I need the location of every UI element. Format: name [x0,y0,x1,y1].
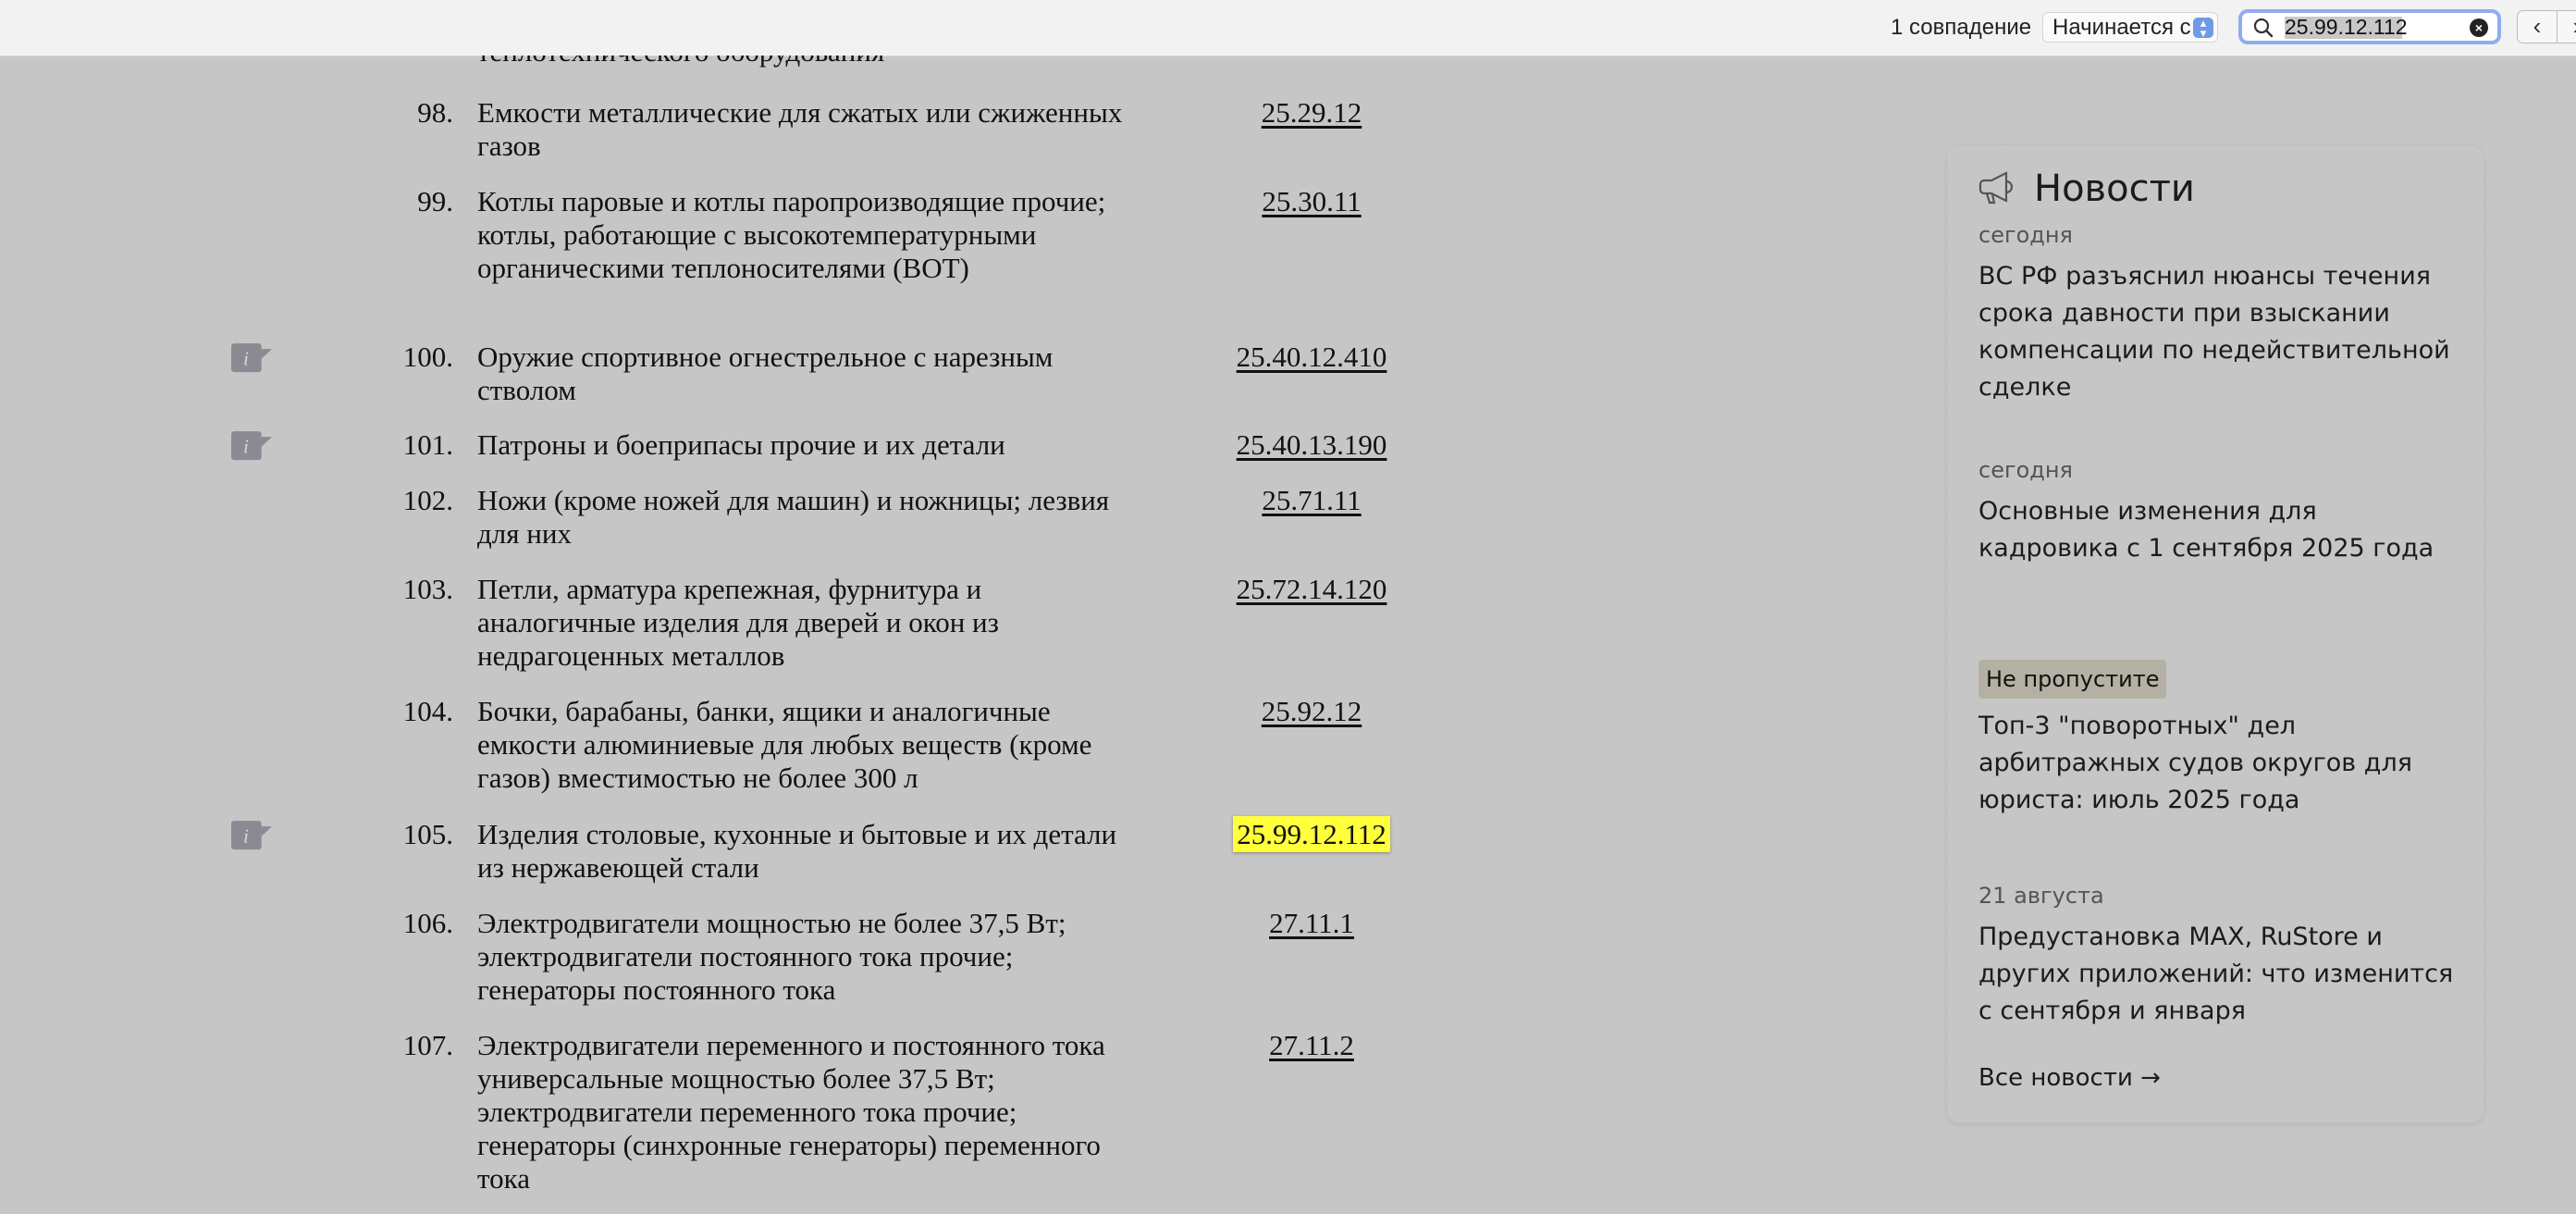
match-mode-select[interactable]: Начинается с ▴▾ [2042,12,2218,43]
find-input[interactable] [2285,15,2451,39]
row-name: Электродвигатели мощностью не более 37,5… [477,907,1125,1007]
row-name: Оружие спортивное огнестрельное с нарезн… [477,341,1125,407]
code-link[interactable]: 27.11.2 [1269,1029,1354,1061]
match-mode-value: Начинается с [2052,15,2191,40]
news-headline[interactable]: Топ-3 "поворотных" дел арбитражных судов… [1978,708,2459,819]
info-icon[interactable]: i [231,816,272,855]
row-number: 100. [403,341,453,374]
code-link[interactable]: 25.40.13.190 [1237,428,1387,461]
match-count: 1 совпадение [1891,12,2031,43]
code-link[interactable]: 25.30.11 [1262,185,1361,217]
news-date: сегодня [1978,456,2459,484]
row-number: 104. [403,695,453,728]
news-item[interactable]: 21 августаПредустановка MAX, RuStore и д… [1978,882,2459,1030]
row-number: 105. [403,818,453,851]
megaphone-icon [1978,171,2019,208]
row-name: Петли, арматура крепежная, фурнитура и а… [477,573,1125,673]
svg-text:i: i [243,348,249,370]
row-name: Электродвигатели переменного и постоянно… [477,1029,1125,1195]
info-icon[interactable]: i [231,339,272,378]
news-title: Новости [2034,166,2195,212]
highlighted-code-link[interactable]: 25.99.12.112 [1233,816,1390,852]
row-code: 25.92.12 [1219,695,1404,728]
row-code: 27.11.1 [1219,907,1404,940]
row-code: 25.72.14.120 [1219,573,1404,606]
partial-line: теплотехнического оборудования [477,56,884,68]
news-date: сегодня [1978,221,2459,249]
svg-text:i: i [243,436,249,458]
code-link[interactable]: 27.11.1 [1269,907,1354,939]
row-code: 25.40.12.410 [1219,341,1404,374]
code-link[interactable]: 25.29.12 [1262,96,1362,129]
chevron-left-icon: ‹ [2533,12,2542,40]
select-stepper-icon: ▴▾ [2193,18,2213,38]
row-code: 25.30.11 [1219,185,1404,218]
row-number: 101. [403,428,453,462]
info-icon[interactable]: i [231,427,272,465]
find-search-field[interactable]: × [2238,9,2501,44]
news-item[interactable]: сегодняВС РФ разъяснил нюансы течения ср… [1978,221,2459,406]
row-code: 25.71.11 [1219,484,1404,517]
row-name: Бочки, барабаны, банки, ящики и аналогич… [477,695,1125,795]
row-number: 107. [403,1029,453,1062]
search-icon [2252,17,2274,39]
news-headline[interactable]: ВС РФ разъяснил нюансы течения срока дав… [1978,258,2459,406]
clear-icon[interactable]: × [2470,19,2488,37]
news-date: 21 августа [1978,882,2459,910]
code-link[interactable]: 25.72.14.120 [1237,573,1387,605]
row-name: Емкости металлические для сжатых или сжи… [477,96,1125,163]
match-nav: ‹ › [2517,10,2576,43]
chevron-right-icon: › [2573,12,2576,40]
row-number: 103. [403,573,453,606]
code-link[interactable]: 25.40.12.410 [1237,341,1387,373]
row-code: 25.99.12.112 [1219,818,1404,851]
all-news-link[interactable]: Все новости → [1978,1061,2161,1095]
row-number: 102. [403,484,453,517]
news-item[interactable]: сегодняОсновные изменения для кадровика … [1978,456,2459,567]
find-bar: 1 совпадение Начинается с ▴▾ × ‹ › [0,0,2576,56]
next-match-button[interactable]: › [2558,11,2576,43]
code-link[interactable]: 25.92.12 [1262,695,1362,727]
code-link[interactable]: 25.71.11 [1262,484,1361,516]
previous-match-button[interactable]: ‹ [2518,11,2558,43]
row-name: Ножи (кроме ножей для машин) и ножницы; … [477,484,1125,551]
row-number: 106. [403,907,453,940]
row-code: 25.29.12 [1219,96,1404,130]
news-item[interactable]: Не пропуститеТоп-3 "поворотных" дел арби… [1978,660,2459,819]
row-code: 25.40.13.190 [1219,428,1404,462]
document-table: теплотехнического оборудования 98.Емкост… [0,56,1480,1214]
row-code: 27.11.2 [1219,1029,1404,1062]
news-badge: Не пропустите [1978,660,2166,699]
row-number: 98. [417,96,453,130]
row-name: Патроны и боеприпасы прочие и их детали [477,428,1125,462]
news-headline[interactable]: Основные изменения для кадровика с 1 сен… [1978,493,2459,567]
news-panel: Новости сегодняВС РФ разъяснил нюансы те… [1946,144,2484,1123]
row-name: Изделия столовые, кухонные и бытовые и и… [477,818,1125,885]
svg-text:i: i [243,825,249,848]
row-name: Котлы паровые и котлы паропроизводящие п… [477,185,1125,285]
row-number: 99. [417,185,453,218]
news-headline[interactable]: Предустановка MAX, RuStore и других прил… [1978,919,2459,1030]
